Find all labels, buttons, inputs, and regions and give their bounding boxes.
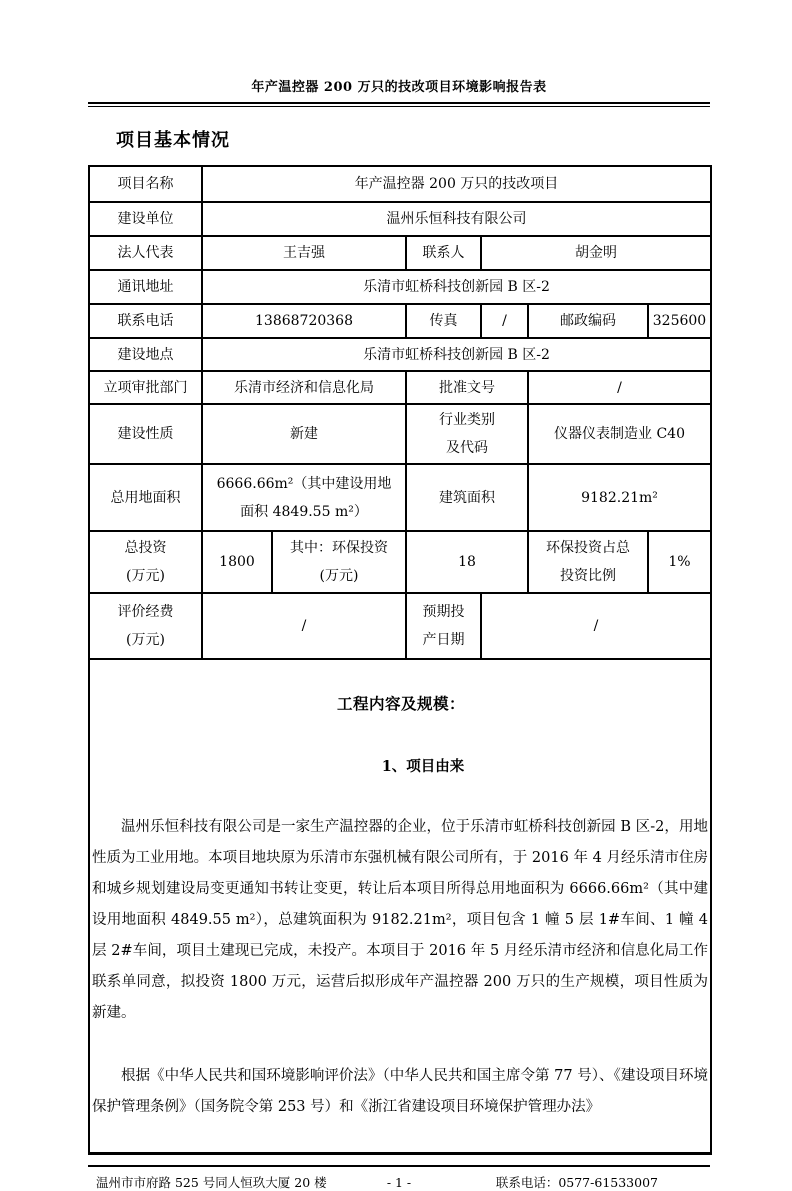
build-unit-value: 温州乐恒科技有限公司 (202, 202, 711, 236)
row-mail-address: 通讯地址 乐清市虹桥科技创新园 B 区-2 (89, 270, 711, 304)
env-ratio-label: 环保投资占总 投资比例 (528, 531, 648, 593)
fax-value: / (481, 304, 528, 338)
floor-area-label: 建筑面积 (406, 464, 528, 531)
land-area-label: 总用地面积 (89, 464, 202, 531)
production-date-label: 预期投 产日期 (406, 593, 481, 659)
content-subheading: 1、项目由来 (138, 756, 708, 778)
total-investment-label: 总投资 (万元) (89, 531, 202, 593)
row-project-content: 工程内容及规模： 1、项目由来 温州乐恒科技有限公司是一家生产温控器的企业，位于… (89, 659, 711, 1154)
mail-address-value: 乐清市虹桥科技创新园 B 区-2 (202, 270, 711, 304)
project-info-table: 项目名称 年产温控器 200 万只的技改项目 建设单位 温州乐恒科技有限公司 法… (88, 165, 712, 1155)
legal-rep-label: 法人代表 (89, 236, 202, 270)
footer-page-number: - 1 - (387, 1175, 411, 1190)
contact-label: 联系人 (406, 236, 481, 270)
header-double-rule (88, 102, 710, 107)
approval-dept-label: 立项审批部门 (89, 371, 202, 404)
content-paragraph-2: 根据《中华人民共和国环境影响评价法》（中华人民共和国主席令第 77 号）、《建设… (92, 1061, 708, 1123)
row-build-site: 建设地点 乐清市虹桥科技创新园 B 区-2 (89, 338, 711, 371)
row-eval-fee: 评价经费 (万元) / 预期投 产日期 / (89, 593, 711, 659)
eval-fee-label: 评价经费 (万元) (89, 593, 202, 659)
footer-contact-phone: 联系电话：0577-61533007 (411, 1173, 710, 1191)
legal-rep-value: 王吉强 (202, 236, 406, 270)
phone-label: 联系电话 (89, 304, 202, 338)
row-approval: 立项审批部门 乐清市经济和信息化局 批准文号 / (89, 371, 711, 404)
document-header-title: 年产温控器 200 万只的技改项目环境影响报告表 (88, 76, 710, 102)
page-title: 项目基本情况 (116, 126, 710, 152)
fax-label: 传真 (406, 304, 481, 338)
row-area: 总用地面积 6666.66m²（其中建设用地 面积 4849.55 m²） 建筑… (89, 464, 711, 531)
project-content-cell: 工程内容及规模： 1、项目由来 温州乐恒科技有限公司是一家生产温控器的企业，位于… (89, 659, 711, 1154)
total-investment-value: 1800 (202, 531, 272, 593)
postcode-value: 325600 (648, 304, 711, 338)
content-section-heading: 工程内容及规模： (94, 692, 708, 716)
contact-value: 胡金明 (481, 236, 711, 270)
approval-dept-value: 乐清市经济和信息化局 (202, 371, 406, 404)
mail-address-label: 通讯地址 (89, 270, 202, 304)
build-site-value: 乐清市虹桥科技创新园 B 区-2 (202, 338, 711, 371)
build-site-label: 建设地点 (89, 338, 202, 371)
project-name-label: 项目名称 (89, 166, 202, 202)
page-footer: 温州市市府路 525 号同人恒玖大厦 20 楼 - 1 - 联系电话：0577-… (88, 1165, 710, 1191)
production-date-value: / (481, 593, 711, 659)
document-page: 年产温控器 200 万只的技改项目环境影响报告表 项目基本情况 项目名称 年产温… (88, 0, 710, 1191)
build-nature-value: 新建 (202, 404, 406, 464)
floor-area-value: 9182.21m² (528, 464, 711, 531)
approval-no-value: / (528, 371, 711, 404)
env-investment-label: 其中：环保投资 (万元) (272, 531, 406, 593)
row-legal-rep: 法人代表 王吉强 联系人 胡金明 (89, 236, 711, 270)
industry-value: 仪器仪表制造业 C40 (528, 404, 711, 464)
build-nature-label: 建设性质 (89, 404, 202, 464)
postcode-label: 邮政编码 (528, 304, 648, 338)
env-investment-value: 18 (406, 531, 528, 593)
land-area-value: 6666.66m²（其中建设用地 面积 4849.55 m²） (202, 464, 406, 531)
approval-no-label: 批准文号 (406, 371, 528, 404)
row-build-nature: 建设性质 新建 行业类别 及代码 仪器仪表制造业 C40 (89, 404, 711, 464)
content-paragraph-1: 温州乐恒科技有限公司是一家生产温控器的企业，位于乐清市虹桥科技创新园 B 区-2… (92, 812, 708, 1029)
phone-value: 13868720368 (202, 304, 406, 338)
row-phone: 联系电话 13868720368 传真 / 邮政编码 325600 (89, 304, 711, 338)
env-ratio-value: 1% (648, 531, 711, 593)
industry-label: 行业类别 及代码 (406, 404, 528, 464)
row-build-unit: 建设单位 温州乐恒科技有限公司 (89, 202, 711, 236)
build-unit-label: 建设单位 (89, 202, 202, 236)
eval-fee-value: / (202, 593, 406, 659)
row-investment: 总投资 (万元) 1800 其中：环保投资 (万元) 18 环保投资占总 投资比… (89, 531, 711, 593)
row-project-name: 项目名称 年产温控器 200 万只的技改项目 (89, 166, 711, 202)
footer-address: 温州市市府路 525 号同人恒玖大厦 20 楼 (88, 1173, 387, 1191)
project-name-value: 年产温控器 200 万只的技改项目 (202, 166, 711, 202)
